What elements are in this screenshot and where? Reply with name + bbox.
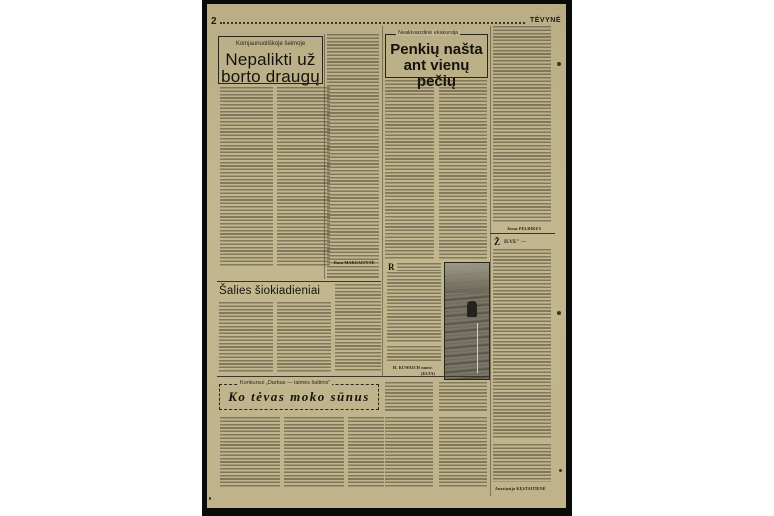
photo-worker <box>467 301 477 317</box>
article-kicker: Komjaunuoliškoje šeimoje <box>219 41 322 47</box>
article-body-column <box>277 302 331 372</box>
photo-stake <box>477 323 478 373</box>
column-divider <box>324 34 325 279</box>
title-line-1: Penkių našta <box>390 41 483 58</box>
article-body-column <box>493 26 551 222</box>
article-lead: ILVE" — <box>504 240 526 245</box>
article-body-column <box>327 266 379 278</box>
article-title: Nepalikti už borto draugų <box>219 51 322 85</box>
article-kicker: Konkursui „Darbas — laimės šaltinis" <box>238 380 332 386</box>
paper-name: TĖVYNĖ <box>530 17 561 24</box>
article-body-column <box>385 80 434 260</box>
page-number: 2 <box>211 16 217 27</box>
article-body-column <box>335 284 381 372</box>
article-body-column <box>493 249 551 439</box>
article-title-box-nepalikti: Komjaunuoliškoje šeimoje Nepalikti už bo… <box>218 36 323 84</box>
article-body-column <box>493 444 551 482</box>
photo-credit: H. KUWAICH nuotr. <box>393 365 433 370</box>
section-divider <box>217 281 381 282</box>
article-byline: Rasa MARGAITYTĖ <box>334 260 374 265</box>
section-headline: Šalies šiokiadieniai <box>219 285 320 297</box>
section-divider <box>217 376 489 377</box>
caption-dropcap: R <box>388 262 395 272</box>
news-photo-construction <box>444 262 490 380</box>
article-body-column <box>385 382 433 412</box>
newspaper-page: 2 TĖVYNĖ Komjaunuoliškoje šeimoje Nepali… <box>207 4 566 508</box>
caption-body <box>387 346 441 362</box>
paper-speck <box>209 497 211 500</box>
article-title: Ko tėvas moko sūnus <box>220 389 378 405</box>
article-byline: Anastazija KĘSTAITIENĖ <box>495 486 546 491</box>
article-title-box-ko-tevas: Konkursui „Darbas — laimės šaltinis" Ko … <box>219 384 379 410</box>
article-body-column <box>348 417 384 487</box>
article-body-column <box>220 87 273 267</box>
article-body-column <box>439 417 487 487</box>
title-line-2: borto draugų <box>221 67 320 86</box>
paper-speck <box>559 469 562 472</box>
section-divider <box>490 233 555 234</box>
article-kicker: Neakivaizdinė ekskursija <box>396 30 460 36</box>
caption-lead <box>397 263 441 271</box>
caption-body <box>387 272 441 342</box>
article-body-column <box>439 382 487 412</box>
article-body-column <box>284 417 344 487</box>
paper-speck <box>557 62 561 66</box>
article-body-column <box>327 34 379 264</box>
column-divider <box>490 26 491 496</box>
article-body-column <box>220 417 280 487</box>
column-divider <box>382 26 383 376</box>
article-dropcap: Ž <box>494 237 500 247</box>
paper-speck <box>557 311 561 315</box>
article-body-column <box>277 87 330 267</box>
article-body-column <box>385 417 433 487</box>
article-byline: Jonas PELRIKUS <box>507 226 541 231</box>
article-title-box-penkiu: Neakivaizdinė ekskursija Penkių našta an… <box>385 34 488 78</box>
article-body-column <box>439 80 487 260</box>
article-body-column <box>219 302 273 372</box>
photo-building <box>445 263 489 293</box>
masthead-rule <box>220 22 525 24</box>
